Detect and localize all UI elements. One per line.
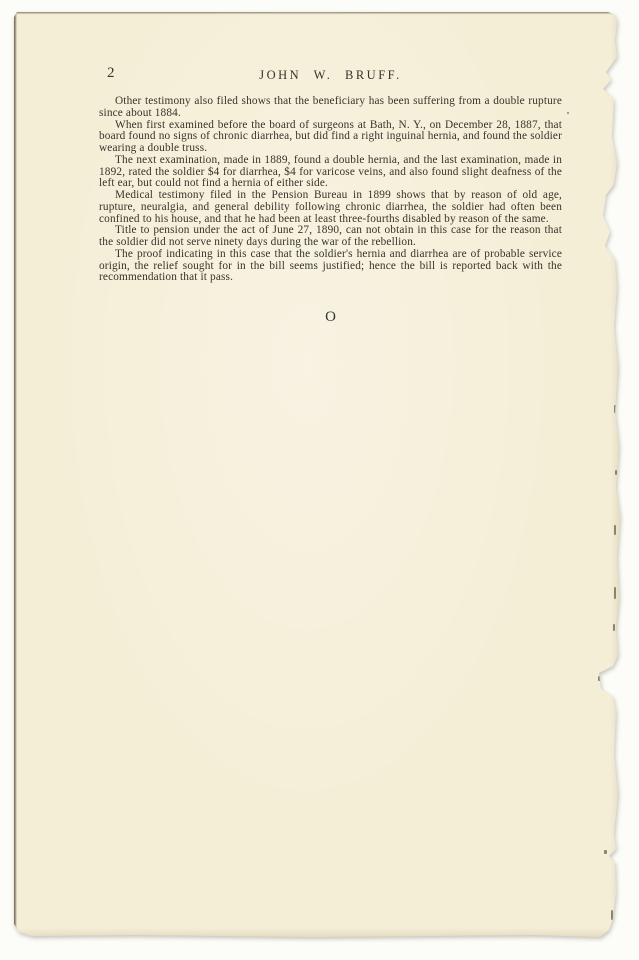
paragraph-6: The proof indicating in this case that t… [99, 249, 562, 284]
paper-speck [614, 405, 616, 413]
paper-speck [614, 525, 616, 535]
paper-speck [604, 850, 607, 854]
paragraph-4: Medical testimony filed in the Pension B… [99, 190, 562, 225]
page-content: 2 JOHN W. BRUFF. Other testimony also fi… [99, 64, 562, 325]
paper-speck [598, 676, 601, 681]
paper-speck [614, 587, 616, 599]
paper-speck [612, 190, 614, 196]
paper-speck [611, 910, 613, 920]
paper-sheet-wrapper: 2 JOHN W. BRUFF. Other testimony also fi… [14, 12, 624, 938]
paragraph-3: The next examination, made in 1889, foun… [99, 155, 562, 190]
paragraph-1: Other testimony also filed shows that th… [99, 96, 562, 120]
paper-speck [567, 112, 569, 114]
paragraph-2: When first examined before the board of … [99, 120, 562, 155]
scanned-document: 2 JOHN W. BRUFF. Other testimony also fi… [0, 0, 639, 960]
end-mark: O [99, 309, 562, 325]
page-number: 2 [107, 65, 115, 81]
document-page: 2 JOHN W. BRUFF. Other testimony also fi… [14, 12, 624, 938]
paper-speck [613, 624, 615, 631]
page-header: 2 JOHN W. BRUFF. [99, 64, 562, 84]
paper-speck [615, 470, 617, 475]
paragraph-5: Title to pension under the act of June 2… [99, 225, 562, 249]
running-header-title: JOHN W. BRUFF. [99, 64, 562, 84]
